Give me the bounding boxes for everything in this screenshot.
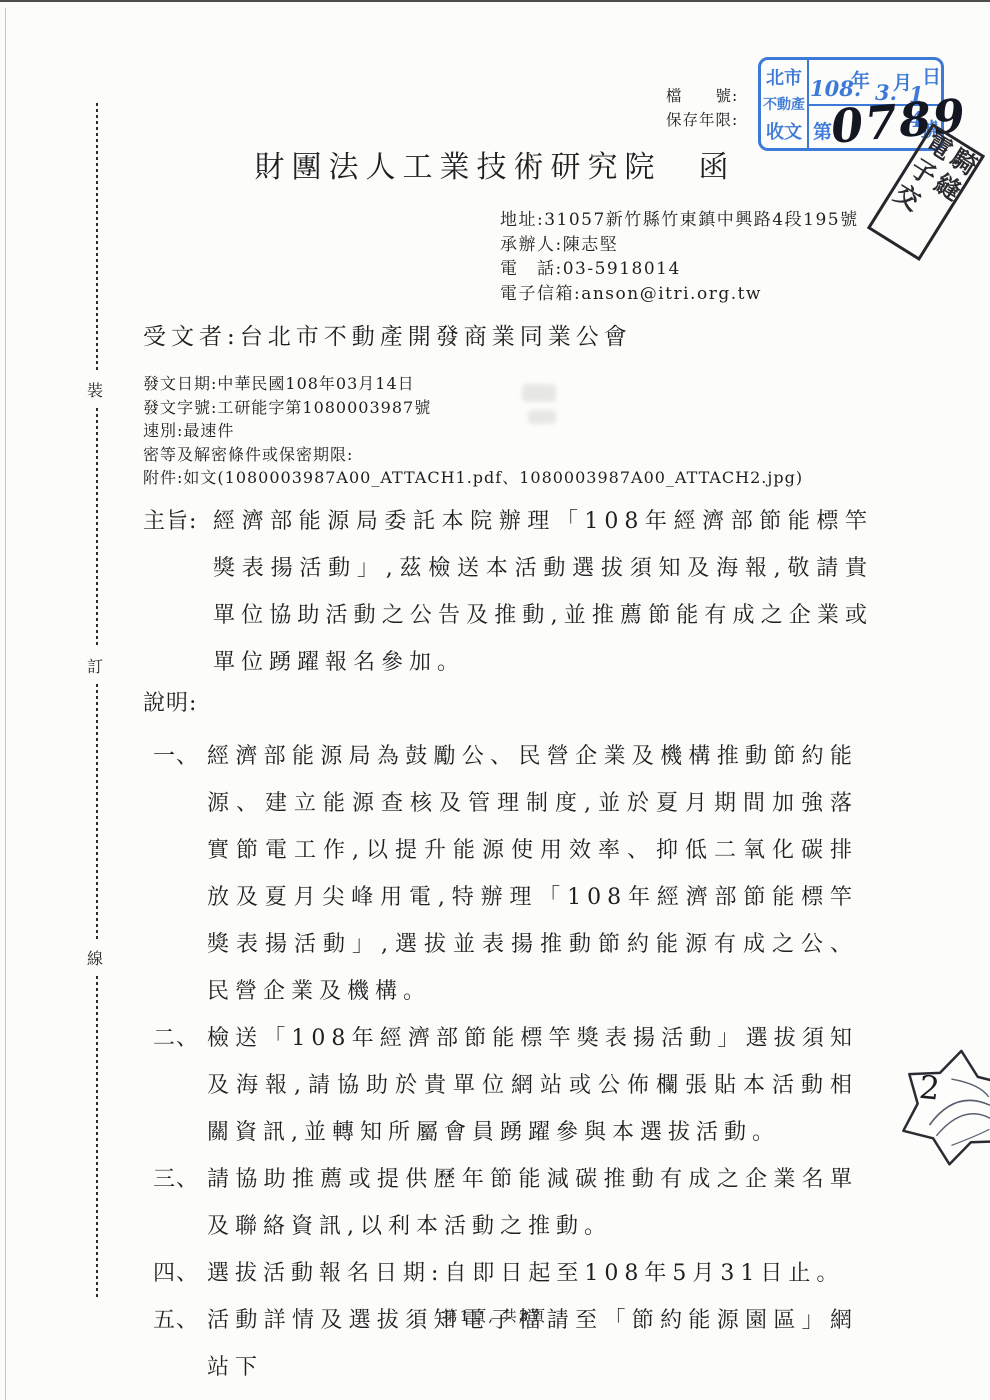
- recipient-line: 受文者:台北市不動產開發商業同業公會: [143, 318, 632, 351]
- binding-dotted-line: [96, 684, 98, 942]
- speed-class-line: 速別:最速件: [143, 419, 803, 443]
- receipt-stamp-org-line3: 收文: [766, 118, 802, 144]
- file-number-block: 檔 號: 保存年限:: [666, 84, 738, 132]
- explanation-item-4: 四、 選拔活動報名日期:自即日起至108年5月31日止。: [143, 1250, 858, 1297]
- receipt-stamp-org-line2: 不動產: [763, 94, 805, 114]
- binding-dotted-line: [96, 408, 98, 648]
- explanation-list: 一、 經濟部能源局為鼓勵公、民營企業及機構推動節約能源、建立能源查核及管理制度,…: [143, 733, 858, 1391]
- file-number-label: 檔 號:: [666, 84, 738, 108]
- receipt-stamp-year-label: 年: [851, 66, 870, 93]
- explanation-label: 說明:: [143, 686, 197, 717]
- item-text: 經濟部能源局為鼓勵公、民營企業及機構推動節約能源、建立能源查核及管理制度,並於夏…: [207, 733, 858, 1015]
- item-text: 請協助推薦或提供歷年節能減碳推動有成之企業名單及聯絡資訊,以利本活動之推動。: [207, 1156, 858, 1250]
- attachment-line: 附件:如文(1080003987A00_ATTACH1.pdf、10800039…: [143, 466, 803, 490]
- item-number: 二、: [143, 1015, 207, 1156]
- sender-address: 地址:31057新竹縣竹東鎮中興路4段195號: [500, 208, 859, 233]
- subject-label: 主旨:: [143, 498, 213, 686]
- explanation-item-2: 二、 檢送「108年經濟部節能標竿獎表揚活動」選拔須知及海報,請協助於貴單位網站…: [143, 1015, 858, 1156]
- scanned-official-letter-page: 檔 號: 保存年限: 北市 不動產 收文 108. 年 3. 月 1 4 日 第…: [0, 0, 990, 1400]
- page-seal-number: 2: [917, 1068, 941, 1108]
- sender-contact-person: 承辦人:陳志堅: [500, 233, 859, 258]
- document-number-line: 發文字號:工研能字第1080003987號: [143, 396, 803, 420]
- binding-mark-zhuang: 裝: [87, 378, 103, 401]
- scan-edge-left: [5, 8, 6, 1400]
- sender-phone: 電 話:03-5918014: [500, 257, 859, 282]
- secrecy-line: 密等及解密條件或保密期限:: [143, 443, 803, 467]
- page-seal-star-icon: 2: [886, 1039, 990, 1184]
- scan-edge-top: [0, 0, 990, 2]
- item-number: 三、: [143, 1156, 207, 1250]
- page-footer: 第1頁, 共3頁: [0, 1305, 990, 1326]
- receipt-stamp-org-line1: 北市: [766, 64, 802, 90]
- document-meta-block: 發文日期:中華民國108年03月14日 發文字號:工研能字第1080003987…: [143, 372, 803, 490]
- item-number: 一、: [143, 733, 207, 1015]
- subject-section: 主旨: 經濟部能源局委託本院辦理「108年經濟部節能標竿獎表揚活動」,茲檢送本活…: [143, 498, 873, 686]
- binding-mark-ding: 訂: [87, 654, 103, 677]
- issue-date-line: 發文日期:中華民國108年03月14日: [143, 372, 803, 396]
- binding-mark-xian: 線: [87, 946, 103, 969]
- receipt-stamp-day-label: 日: [922, 62, 941, 89]
- sender-email: 電子信箱:anson@itri.org.tw: [500, 282, 859, 307]
- item-text: 選拔活動報名日期:自即日起至108年5月31日止。: [207, 1250, 858, 1297]
- explanation-item-3: 三、 請協助推薦或提供歷年節能減碳推動有成之企業名單及聯絡資訊,以利本活動之推動…: [143, 1156, 858, 1250]
- item-number: 四、: [143, 1250, 207, 1297]
- binding-dotted-line: [96, 103, 98, 371]
- receipt-stamp-org: 北市 不動產 收文: [761, 60, 809, 148]
- binding-dotted-line: [96, 976, 98, 1300]
- sender-info-block: 地址:31057新竹縣竹東鎮中興路4段195號 承辦人:陳志堅 電 話:03-5…: [500, 208, 859, 306]
- retention-period-label: 保存年限:: [666, 108, 738, 132]
- explanation-item-1: 一、 經濟部能源局為鼓勵公、民營企業及機構推動節約能源、建立能源查核及管理制度,…: [143, 733, 858, 1015]
- subject-text: 經濟部能源局委託本院辦理「108年經濟部節能標竿獎表揚活動」,茲檢送本活動選拔須…: [213, 498, 873, 686]
- receipt-stamp-number-prefix: 第: [813, 117, 832, 144]
- receipt-stamp: 北市 不動產 收文 108. 年 3. 月 1 4 日 第 0789 號: [758, 57, 944, 151]
- item-text: 檢送「108年經濟部節能標竿獎表揚活動」選拔須知及海報,請協助於貴單位網站或公佈…: [207, 1015, 858, 1156]
